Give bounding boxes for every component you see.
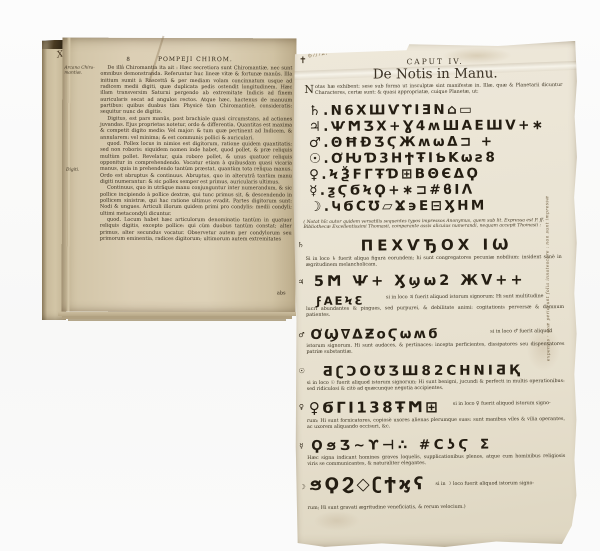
- left-page-text: De illâ Chiromantia ita ait : Hæc secret…: [100, 65, 293, 243]
- mercury-glyph: ☿: [299, 442, 303, 450]
- mars-caption: istorum signorum. Hi sunt audaces, & per…: [306, 342, 564, 355]
- moon-signs: ϧϘϨ◇ʗϮϗʕ: [309, 474, 426, 495]
- page-title: De Notis in Manu.: [292, 65, 578, 83]
- intro-paragraph: Notas hæ exhibent: sese sub forma ut ins…: [304, 83, 562, 96]
- running-title: POMPEJI CHIROM.: [100, 56, 290, 64]
- moon-caption: rum; Hi sunt gravati ægritudine venefici…: [308, 504, 566, 512]
- venus-glyph: ♀: [299, 403, 304, 411]
- mars-inline-caption: si in loco ♂ fuerit aliquod: [490, 329, 566, 335]
- mars-signs: ƠϢ∇ΔƵοϚωʍϭ: [310, 326, 439, 343]
- page-stack-edge: [68, 319, 286, 321]
- paragraph: quod. Locum habet hæc articulorum denomi…: [100, 217, 292, 243]
- sun-signs: ƋʗƆΟƱƷШ82ϹΗΝΙƋҚ: [323, 362, 523, 380]
- intro-text: otas hæ exhibent: sese sub forma ut insc…: [315, 83, 562, 96]
- jupiter-inline-caption: si in loco ♃ fuerit aliquod istorum sign…: [386, 294, 564, 301]
- drop-cap: N: [304, 85, 314, 95]
- right-foldout-page: ✝ 67/72. CAPUT IV. De Notis in Manu. Not…: [292, 41, 582, 548]
- jupiter-caption: lucri abundantes & pingues, sed purpurei…: [306, 305, 564, 318]
- sun-glyph: ☉: [299, 367, 305, 375]
- saturn-caption: Si in loco ♄ fuerit aliqua figura eorund…: [306, 255, 562, 268]
- mars-glyph: ♂: [298, 331, 304, 339]
- margin-note: Arcana Chiro-mantiæ.: [64, 66, 97, 76]
- moon-glyph: ☽: [299, 483, 305, 491]
- jupiter-signs: 5Ϻ Ѱ+ Ӽϣω2 ЖV++: [314, 272, 526, 290]
- margin-note: Digiti.: [66, 168, 99, 173]
- sun-caption: si in loco ☉ fuerit aliquod istorum sign…: [307, 379, 565, 392]
- venus-signs: ♀ϬΓΙ138ŦϺ⊞: [309, 398, 441, 417]
- mercury-caption: Hæc signa indicant homines graves loquel…: [307, 454, 565, 467]
- saturn-signs: ΠΕΧѴЂΟΧ ΙѠ: [294, 235, 580, 255]
- paragraph: quod. Pollex locus in nimios est digitor…: [100, 141, 292, 186]
- paragraph: De illâ Chiromantia ita ait : Hæc secret…: [100, 65, 292, 116]
- mercury-signs: ϘϧƷ∼ϒ⊣∴ #ϹʖϚ Ʃ: [311, 437, 493, 454]
- paragraph: Continuus, quo in utrâque manu conjungun…: [100, 185, 292, 217]
- leaf-edge-lines: [67, 38, 71, 312]
- planet-character-table: ♄.Ν6ΧШѴϒΙƎΝ⌂▭ ♃.ѰϺƷΧ+Ɣ4ʍШΑΕШV+∗ ♂.ΘĦƉƷϚЖ…: [308, 101, 569, 215]
- catchword: abs: [277, 290, 286, 296]
- venus-caption: rum: Hi sunt fornicatores, copiosè uxore…: [307, 417, 565, 430]
- paragraph: Digitus, est pars manûs, post brachiale …: [100, 115, 292, 141]
- symbol-row-moon: ☽.ԿϬϹƱ▱Ϫ϶Ε⊟ӼΗΜ: [309, 197, 569, 215]
- symbol-row-jupiter: ♃.ѰϺƷΧ+Ɣ4ʍШΑΕШV+∗: [309, 117, 569, 135]
- moon-inline-caption: si in ☽ loco fuerit aliquod istorum sign…: [435, 481, 567, 487]
- foxing-stain: [314, 511, 360, 531]
- antique-book-photo: X 8 POMPEJI CHIROM. Arcana Chiro-mantiæ.…: [0, 0, 600, 551]
- marginal-edge-note: expensis · quæ perierunt folia innotesce…: [545, 191, 551, 361]
- venus-inline-caption: si in loco ♀ fuerit aliquod istorum sign…: [453, 401, 567, 407]
- left-page: 8 POMPEJI CHIROM. Arcana Chiro-mantiæ. D…: [62, 38, 297, 313]
- jupiter-glyph: ♃: [298, 278, 304, 286]
- italic-annotation: ( Notat hîc autor quidem versatilis sequ…: [303, 218, 557, 230]
